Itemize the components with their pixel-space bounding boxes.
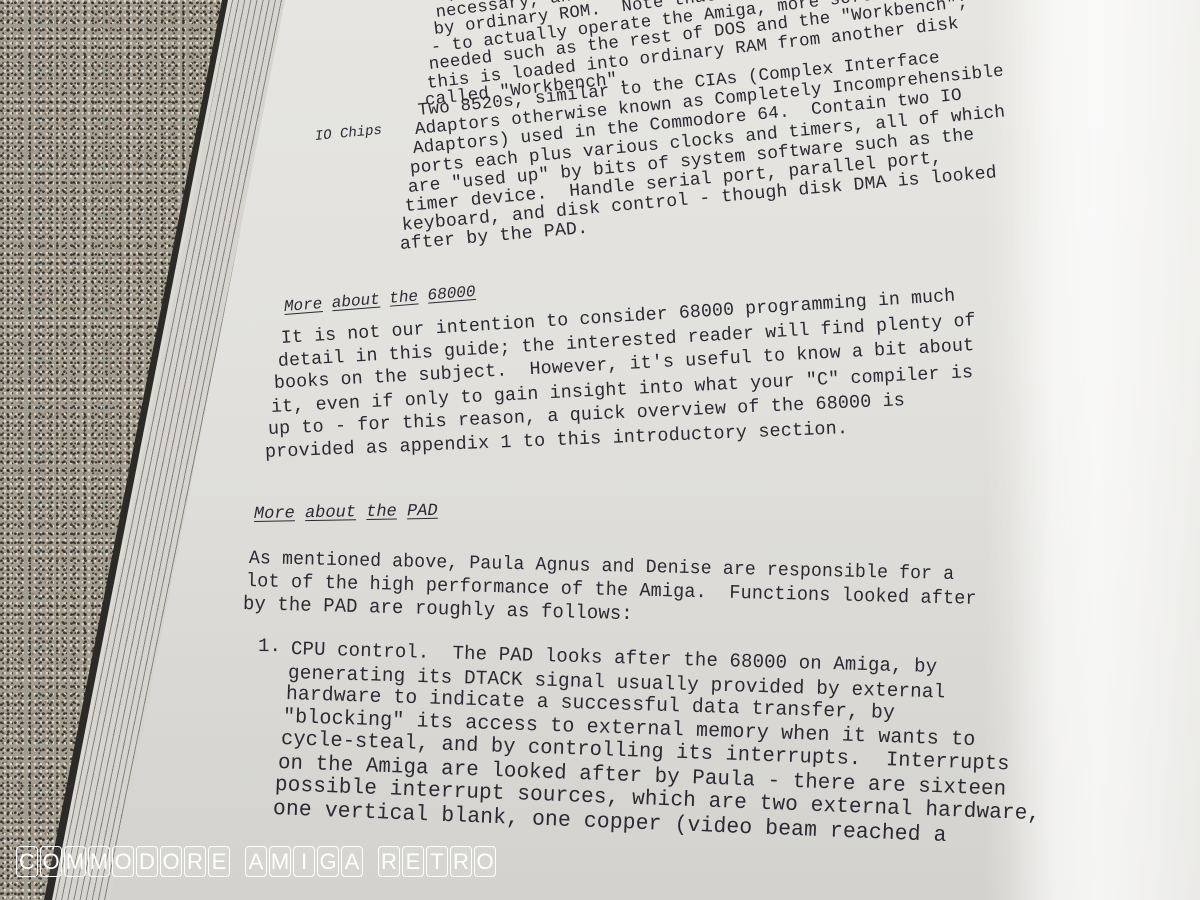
watermark-letter: O — [112, 846, 134, 877]
watermark-letter: C — [16, 846, 38, 877]
watermark-letter: R — [450, 846, 472, 877]
io-chips-label: IO Chips — [314, 123, 382, 145]
heading-word: the — [366, 503, 397, 523]
watermark-caption: COMMODOREAMIGARETRO — [16, 846, 511, 877]
heading-word: the — [389, 287, 419, 307]
watermark-letter: A — [245, 846, 267, 877]
section-heading-pad: More about the PAD — [254, 502, 438, 524]
watermark-letter: M — [269, 846, 291, 877]
watermark-letter: D — [136, 846, 158, 877]
watermark-letter: G — [317, 846, 339, 877]
heading-word: PAD — [407, 502, 438, 522]
heading-word: about — [331, 290, 380, 312]
watermark-letter: R — [378, 846, 400, 877]
heading-word: about — [305, 503, 356, 523]
watermark-word: RETRO — [378, 846, 498, 877]
document-text: updates. On the originalnecessary, and t… — [0, 0, 1200, 900]
watermark-letter: E — [402, 846, 424, 877]
watermark-letter: O — [40, 846, 62, 877]
list-item-number: 1. — [258, 635, 281, 657]
watermark-word: COMMODORE — [16, 846, 232, 877]
watermark-letter: O — [474, 846, 496, 877]
watermark-letter: R — [184, 846, 206, 877]
watermark-letter: M — [64, 846, 86, 877]
heading-word: More — [254, 504, 295, 524]
watermark-letter: M — [88, 846, 110, 877]
heading-word: 68000 — [427, 283, 476, 305]
section-heading-68000: More about the 68000 — [283, 283, 476, 316]
heading-word: More — [283, 295, 323, 316]
watermark-letter: E — [208, 846, 230, 877]
watermark-letter: O — [160, 846, 182, 877]
watermark-letter: I — [293, 846, 315, 877]
watermark-letter: T — [426, 846, 448, 877]
watermark-letter: A — [341, 846, 363, 877]
watermark-word: AMIGA — [245, 846, 365, 877]
